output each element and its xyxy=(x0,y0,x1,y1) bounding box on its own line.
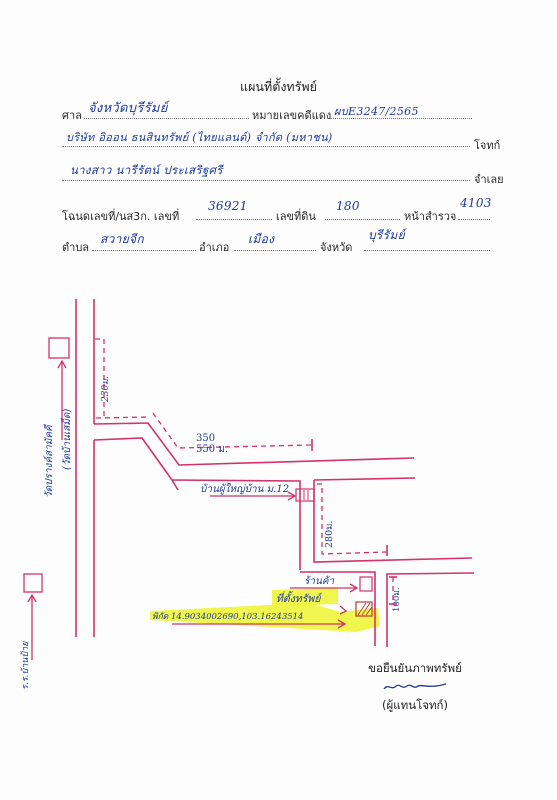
property-location-map-document: แผนที่ตั้งทรัพย์ ศาล จังหวัดบุรีรัมย์ หม… xyxy=(0,0,557,800)
school-building-icon xyxy=(24,574,42,592)
village-head-label: บ้านผู้ใหญ่บ้าน ม.12 xyxy=(200,483,289,495)
dim-230m-base xyxy=(96,417,150,418)
coordinates-label: พิกัด 14.9034002690,103.16243514 xyxy=(152,612,303,622)
temple-building-icon xyxy=(49,338,69,358)
shop-icon xyxy=(360,577,372,591)
temple-label-alt: (วัดบ้านเสม็ด) xyxy=(60,409,73,470)
dim-280m-label: 280ม. xyxy=(324,521,335,548)
shop-label: ร้านค้า xyxy=(304,575,335,587)
dim-550m xyxy=(153,413,312,448)
dim-100m-label: 100ม. xyxy=(392,587,402,612)
branch-road-upper-edge xyxy=(94,423,414,465)
village-head-house-icon xyxy=(296,489,314,501)
location-map: วัดปรางค์สามัคคี (วัดบ้านเสม็ด) 230ม. 35… xyxy=(0,0,557,800)
school-label: ร.ร.บ้านป้าย xyxy=(20,641,31,690)
branch-road-east-upper xyxy=(314,478,415,480)
temple-label: วัดปรางค์สามัคคี xyxy=(43,423,55,498)
dim-550-label: 550 ม. xyxy=(196,444,228,455)
signature-block: ขอยืนยันภาพทรัพย์ (ผู้แทนโจทก์) xyxy=(360,660,470,715)
soi-road-edge xyxy=(314,480,472,562)
dim-230m-label: 230ม. xyxy=(101,376,111,403)
confirm-text: ขอยืนยันภาพทรัพย์ xyxy=(360,660,470,678)
signature-scribble xyxy=(380,681,450,693)
property-label: ที่ตั้งทรัพย์ xyxy=(276,590,323,605)
dim-350-label: 350 xyxy=(196,433,215,444)
role-text: (ผู้แทนโจทก์) xyxy=(360,697,470,715)
